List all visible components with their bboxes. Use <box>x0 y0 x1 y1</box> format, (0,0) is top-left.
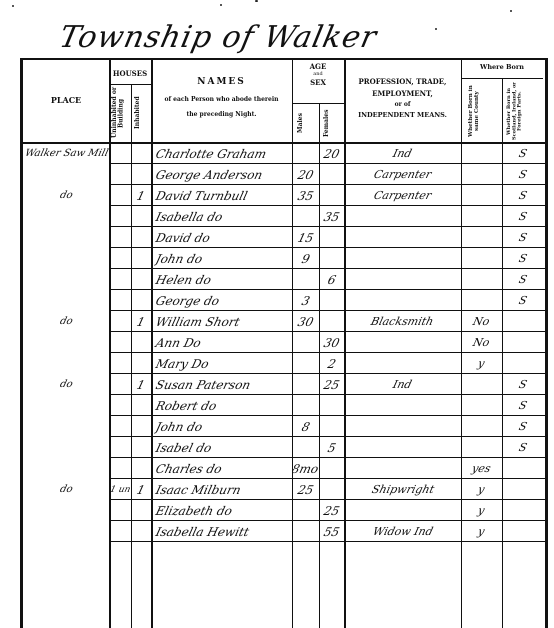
male-age-cell <box>292 331 319 352</box>
profession-cell: Widow Ind <box>344 520 461 541</box>
born-same-county-cell: y <box>461 499 502 520</box>
born-same-county-cell: yes <box>461 457 502 478</box>
profession-cell: Blacksmith <box>344 310 461 331</box>
born-same-county-cell: y <box>461 478 502 499</box>
female-age-cell <box>319 415 344 436</box>
name-cell-text: Charles do <box>154 457 225 478</box>
born-same-county-cell-text: y <box>475 499 487 520</box>
born-foreign-cell: S <box>502 394 543 415</box>
profession-cell <box>344 268 461 289</box>
whereborn-rule <box>461 78 543 79</box>
header-houses: HOUSES <box>109 70 151 78</box>
name-cell-text: David Turnbull <box>154 184 250 205</box>
header-females: Females <box>324 108 338 138</box>
paper-speck <box>220 4 222 6</box>
place-cell-text: do <box>57 310 75 331</box>
profession-cell <box>344 226 461 247</box>
profession-cell <box>344 415 461 436</box>
uninhabited-cell <box>109 352 131 373</box>
male-age-cell-text: 3 <box>299 289 313 310</box>
female-age-cell-text: 25 <box>321 373 342 394</box>
inhabited-cell <box>131 205 151 226</box>
profession-cell <box>344 289 461 310</box>
born-same-county-cell-text: y <box>475 478 487 499</box>
name-cell: Isabella Hewitt <box>154 520 294 541</box>
profession-cell-text: Shipwright <box>369 478 437 499</box>
header-males: Males <box>298 108 312 138</box>
female-age-cell <box>319 247 344 268</box>
born-same-county-cell-text: y <box>475 352 487 373</box>
name-cell: David Turnbull <box>154 184 294 205</box>
name-cell: Isaac Milburn <box>154 478 294 499</box>
uninhabited-cell <box>109 268 131 289</box>
place-cell <box>23 205 109 226</box>
table-row: Helen do6S <box>23 268 545 289</box>
table-row: John do9S <box>23 247 545 268</box>
header-place: PLACE <box>23 96 109 105</box>
born-foreign-cell: S <box>502 205 543 226</box>
place-cell: do <box>23 478 109 499</box>
born-foreign-cell-text: S <box>516 184 530 205</box>
uninhabited-cell <box>109 184 131 205</box>
name-cell: Susan Paterson <box>154 373 294 394</box>
born-foreign-cell-text: S <box>516 373 530 394</box>
uninhabited-cell <box>109 499 131 520</box>
uninhabited-cell <box>109 373 131 394</box>
born-same-county-cell <box>461 373 502 394</box>
table-row: do1William Short30BlacksmithNo <box>23 310 545 331</box>
header-sex: SEX <box>292 79 344 87</box>
name-cell-text: George Anderson <box>154 163 265 184</box>
profession-cell <box>344 331 461 352</box>
male-age-cell <box>292 520 319 541</box>
header-names-sub2: the preceding Night. <box>151 112 292 119</box>
uninhabited-cell <box>109 163 131 184</box>
paper-speck <box>435 28 437 30</box>
name-cell: Isabella do <box>154 205 294 226</box>
name-cell-text: Isabella Hewitt <box>154 520 252 541</box>
profession-cell-text: Carpenter <box>371 163 434 184</box>
name-cell-text: David do <box>154 226 213 247</box>
male-age-cell: 20 <box>292 163 319 184</box>
houses-rule <box>109 84 151 85</box>
uninhabited-cell <box>109 415 131 436</box>
table-row: George do3S <box>23 289 545 310</box>
name-cell-text: William Short <box>154 310 243 331</box>
female-age-cell: 55 <box>319 520 344 541</box>
inhabited-cell-text: 1 <box>134 478 148 499</box>
inhabited-cell <box>131 142 151 163</box>
place-cell <box>23 163 109 184</box>
female-age-cell <box>319 478 344 499</box>
inhabited-cell: 1 <box>131 373 151 394</box>
female-age-cell: 25 <box>319 499 344 520</box>
inhabited-cell: 1 <box>131 310 151 331</box>
name-cell: Charlotte Graham <box>154 142 294 163</box>
born-same-county-cell: y <box>461 352 502 373</box>
born-same-county-cell-text: No <box>470 331 492 352</box>
born-same-county-cell <box>461 415 502 436</box>
table-row: Isabella Hewitt55Widow Indy <box>23 520 545 541</box>
female-age-cell-text: 55 <box>321 520 342 541</box>
uninhabited-cell <box>109 289 131 310</box>
place-cell <box>23 331 109 352</box>
place-cell <box>23 520 109 541</box>
profession-cell <box>344 436 461 457</box>
place-cell <box>23 457 109 478</box>
female-age-cell: 5 <box>319 436 344 457</box>
female-age-cell-text: 35 <box>321 205 342 226</box>
female-age-cell: 6 <box>319 268 344 289</box>
inhabited-cell <box>131 163 151 184</box>
row-rule <box>109 541 545 542</box>
male-age-cell-text: 25 <box>295 478 316 499</box>
name-cell-text: John do <box>154 415 205 436</box>
uninhabited-cell <box>109 520 131 541</box>
name-cell-text: Robert do <box>154 394 219 415</box>
profession-cell: Ind <box>344 142 461 163</box>
inhabited-cell <box>131 289 151 310</box>
header-profession-2: EMPLOYMENT, <box>344 90 461 98</box>
place-cell <box>23 226 109 247</box>
name-cell: Charles do <box>154 457 294 478</box>
table-row: Isabella do35S <box>23 205 545 226</box>
header-uninhabited: Uninhabited or Building <box>112 87 128 139</box>
place-cell-text: do <box>57 373 75 394</box>
uninhabited-cell <box>109 310 131 331</box>
place-cell <box>23 247 109 268</box>
born-foreign-cell: S <box>502 373 543 394</box>
place-cell <box>23 415 109 436</box>
header-profession-1: PROFESSION, TRADE, <box>344 78 461 86</box>
agesex-rule <box>292 103 344 104</box>
document-title: Township of Walker <box>56 20 380 55</box>
table-row: Ann Do30No <box>23 331 545 352</box>
inhabited-cell-text: 1 <box>134 184 148 205</box>
name-cell-text: Isabella do <box>154 205 225 226</box>
male-age-cell: 15 <box>292 226 319 247</box>
profession-cell <box>344 352 461 373</box>
born-foreign-cell <box>502 352 543 373</box>
uninhabited-cell <box>109 331 131 352</box>
male-age-cell-text: 30 <box>295 310 316 331</box>
born-same-county-cell-text: y <box>475 520 487 541</box>
uninhabited-cell <box>109 394 131 415</box>
born-same-county-cell <box>461 394 502 415</box>
female-age-cell <box>319 289 344 310</box>
male-age-cell-text: 9 <box>299 247 313 268</box>
female-age-cell <box>319 394 344 415</box>
born-foreign-cell-text: S <box>516 289 530 310</box>
profession-cell <box>344 247 461 268</box>
uninhabited-cell <box>109 142 131 163</box>
place-cell <box>23 289 109 310</box>
born-same-county-cell: y <box>461 520 502 541</box>
place-cell-text: do <box>57 184 75 205</box>
header-names-sub1: of each Person who abode therein <box>151 97 292 104</box>
inhabited-cell: 1 <box>131 184 151 205</box>
born-same-county-cell-text: No <box>470 310 492 331</box>
male-age-cell <box>292 499 319 520</box>
name-cell-text: Susan Paterson <box>154 373 253 394</box>
male-age-cell: 25 <box>292 478 319 499</box>
profession-cell-text: Ind <box>390 373 414 394</box>
profession-cell: Ind <box>344 373 461 394</box>
name-cell: John do <box>154 415 294 436</box>
name-cell: Robert do <box>154 394 294 415</box>
place-cell <box>23 394 109 415</box>
name-cell: Ann Do <box>154 331 294 352</box>
place-cell-text: Walker Saw Mill <box>23 142 109 163</box>
born-same-county-cell-text: yes <box>469 457 493 478</box>
female-age-cell <box>319 184 344 205</box>
born-same-county-cell <box>461 205 502 226</box>
place-cell: do <box>23 184 109 205</box>
male-age-cell: 8mo <box>292 457 319 478</box>
male-age-cell: 30 <box>292 310 319 331</box>
name-cell-text: Mary Do <box>154 352 212 373</box>
born-foreign-cell-text: S <box>516 205 530 226</box>
male-age-cell: 8 <box>292 415 319 436</box>
male-age-cell: 35 <box>292 184 319 205</box>
male-age-cell: 3 <box>292 289 319 310</box>
name-cell-text: George do <box>154 289 222 310</box>
born-same-county-cell: No <box>461 310 502 331</box>
inhabited-cell <box>131 226 151 247</box>
born-foreign-cell-text: S <box>516 436 530 457</box>
born-foreign-cell-text: S <box>516 268 530 289</box>
male-age-cell <box>292 352 319 373</box>
profession-cell: Carpenter <box>344 184 461 205</box>
male-age-cell <box>292 373 319 394</box>
born-foreign-cell-text: S <box>516 247 530 268</box>
uninhabited-cell <box>109 226 131 247</box>
profession-cell-text: Blacksmith <box>368 310 436 331</box>
table-row: John do8S <box>23 415 545 436</box>
profession-cell-text: Ind <box>390 142 414 163</box>
born-foreign-cell: S <box>502 268 543 289</box>
table-row: do1David Turnbull35CarpenterS <box>23 184 545 205</box>
born-same-county-cell <box>461 226 502 247</box>
born-same-county-cell <box>461 184 502 205</box>
name-cell: John do <box>154 247 294 268</box>
name-cell: Isabel do <box>154 436 294 457</box>
header-same-county: Whether Born in same County <box>469 82 493 140</box>
profession-cell <box>344 457 461 478</box>
female-age-cell-text: 30 <box>321 331 342 352</box>
born-foreign-cell: S <box>502 289 543 310</box>
born-foreign-cell: S <box>502 415 543 436</box>
uninhabited-cell <box>109 205 131 226</box>
inhabited-cell: 1 <box>131 478 151 499</box>
male-age-cell-text: 8mo <box>292 457 319 478</box>
header-and: and <box>292 72 344 78</box>
born-same-county-cell <box>461 247 502 268</box>
born-foreign-cell <box>502 499 543 520</box>
profession-cell <box>344 205 461 226</box>
born-foreign-cell <box>502 478 543 499</box>
table-row: do1 un1Isaac Milburn25Shipwrighty <box>23 478 545 499</box>
female-age-cell <box>319 457 344 478</box>
uninhabited-cell: 1 un <box>109 478 131 499</box>
male-age-cell-text: 20 <box>295 163 316 184</box>
female-age-cell: 20 <box>319 142 344 163</box>
name-cell: Helen do <box>154 268 294 289</box>
header-age: AGE <box>292 63 344 71</box>
born-foreign-cell-text: S <box>516 226 530 247</box>
male-age-cell-text: 15 <box>295 226 316 247</box>
uninhabited-cell <box>109 436 131 457</box>
inhabited-cell <box>131 415 151 436</box>
female-age-cell <box>319 310 344 331</box>
inhabited-cell <box>131 352 151 373</box>
place-cell <box>23 436 109 457</box>
inhabited-cell <box>131 520 151 541</box>
name-cell: Elizabeth do <box>154 499 294 520</box>
name-cell-text: Isabel do <box>154 436 214 457</box>
female-age-cell-text: 5 <box>325 436 339 457</box>
name-cell-text: Helen do <box>154 268 214 289</box>
profession-cell-text: Widow Ind <box>370 520 436 541</box>
name-cell-text: John do <box>154 247 205 268</box>
born-same-county-cell: No <box>461 331 502 352</box>
inhabited-cell <box>131 436 151 457</box>
female-age-cell: 30 <box>319 331 344 352</box>
female-age-cell: 25 <box>319 373 344 394</box>
female-age-cell-text: 20 <box>321 142 342 163</box>
inhabited-cell-text: 1 <box>134 310 148 331</box>
name-cell: George do <box>154 289 294 310</box>
born-same-county-cell <box>461 163 502 184</box>
profession-cell <box>344 394 461 415</box>
born-foreign-cell: S <box>502 142 543 163</box>
born-foreign-cell <box>502 310 543 331</box>
paper-speck <box>255 0 258 2</box>
inhabited-cell <box>131 247 151 268</box>
header-profession-4: INDEPENDENT MEANS. <box>344 112 461 119</box>
born-foreign-cell-text: S <box>516 394 530 415</box>
paper-speck <box>12 5 14 7</box>
female-age-cell-text: 6 <box>325 268 339 289</box>
census-table: PLACE HOUSES Uninhabited or Building Inh… <box>20 58 548 628</box>
female-age-cell-text: 2 <box>325 352 339 373</box>
name-cell-text: Ann Do <box>154 331 204 352</box>
name-cell: Mary Do <box>154 352 294 373</box>
profession-cell: Carpenter <box>344 163 461 184</box>
name-cell: William Short <box>154 310 294 331</box>
profession-cell: Shipwright <box>344 478 461 499</box>
place-cell <box>23 352 109 373</box>
table-row: Robert doS <box>23 394 545 415</box>
female-age-cell-text: 25 <box>321 499 342 520</box>
name-cell-text: Elizabeth do <box>154 499 235 520</box>
female-age-cell <box>319 226 344 247</box>
born-foreign-cell <box>502 331 543 352</box>
place-cell: do <box>23 373 109 394</box>
born-foreign-cell-text: S <box>516 415 530 436</box>
inhabited-cell <box>131 394 151 415</box>
born-foreign-cell <box>502 520 543 541</box>
born-same-county-cell <box>461 289 502 310</box>
female-age-cell: 35 <box>319 205 344 226</box>
born-foreign-cell-text: S <box>516 142 530 163</box>
uninhabited-cell-text: 1 un <box>109 478 131 499</box>
born-same-county-cell <box>461 436 502 457</box>
header-profession-3: or of <box>344 102 461 109</box>
uninhabited-cell <box>109 247 131 268</box>
header-foreign-parts: Whether Born in Scotland, Ireland, or Fo… <box>507 82 539 140</box>
table-row: David do15S <box>23 226 545 247</box>
place-cell <box>23 268 109 289</box>
header-names: NAMES <box>151 78 292 88</box>
place-cell: do <box>23 310 109 331</box>
name-cell: David do <box>154 226 294 247</box>
born-foreign-cell: S <box>502 226 543 247</box>
table-row: Elizabeth do25y <box>23 499 545 520</box>
born-foreign-cell: S <box>502 247 543 268</box>
male-age-cell-text: 8 <box>299 415 313 436</box>
born-foreign-cell: S <box>502 184 543 205</box>
table-row: do1Susan Paterson25IndS <box>23 373 545 394</box>
inhabited-cell-text: 1 <box>134 373 148 394</box>
male-age-cell <box>292 436 319 457</box>
inhabited-cell <box>131 268 151 289</box>
female-age-cell: 2 <box>319 352 344 373</box>
male-age-cell <box>292 268 319 289</box>
male-age-cell <box>292 394 319 415</box>
name-cell-text: Charlotte Graham <box>154 142 269 163</box>
paper-speck <box>510 10 512 12</box>
male-age-cell: 9 <box>292 247 319 268</box>
born-foreign-cell: S <box>502 163 543 184</box>
table-row: Mary Do2y <box>23 352 545 373</box>
place-cell <box>23 499 109 520</box>
name-cell-text: Isaac Milburn <box>154 478 244 499</box>
born-foreign-cell-text: S <box>516 163 530 184</box>
born-foreign-cell <box>502 457 543 478</box>
inhabited-cell <box>131 457 151 478</box>
born-same-county-cell <box>461 268 502 289</box>
male-age-cell <box>292 142 319 163</box>
born-same-county-cell <box>461 142 502 163</box>
uninhabited-cell <box>109 457 131 478</box>
place-cell-text: do <box>57 478 75 499</box>
table-row: Charles do8moyes <box>23 457 545 478</box>
male-age-cell <box>292 205 319 226</box>
place-cell: Walker Saw Mill <box>23 142 109 163</box>
female-age-cell <box>319 163 344 184</box>
profession-cell-text: Carpenter <box>371 184 434 205</box>
profession-cell <box>344 499 461 520</box>
table-row: George Anderson20CarpenterS <box>23 163 545 184</box>
header-inhabited: Inhabited <box>135 87 147 139</box>
table-row: Walker Saw MillCharlotte Graham20IndS <box>23 142 545 163</box>
header-where-born: Where Born <box>461 64 543 71</box>
born-foreign-cell: S <box>502 436 543 457</box>
inhabited-cell <box>131 331 151 352</box>
inhabited-cell <box>131 499 151 520</box>
table-row: Isabel do5S <box>23 436 545 457</box>
male-age-cell-text: 35 <box>295 184 316 205</box>
name-cell: George Anderson <box>154 163 294 184</box>
